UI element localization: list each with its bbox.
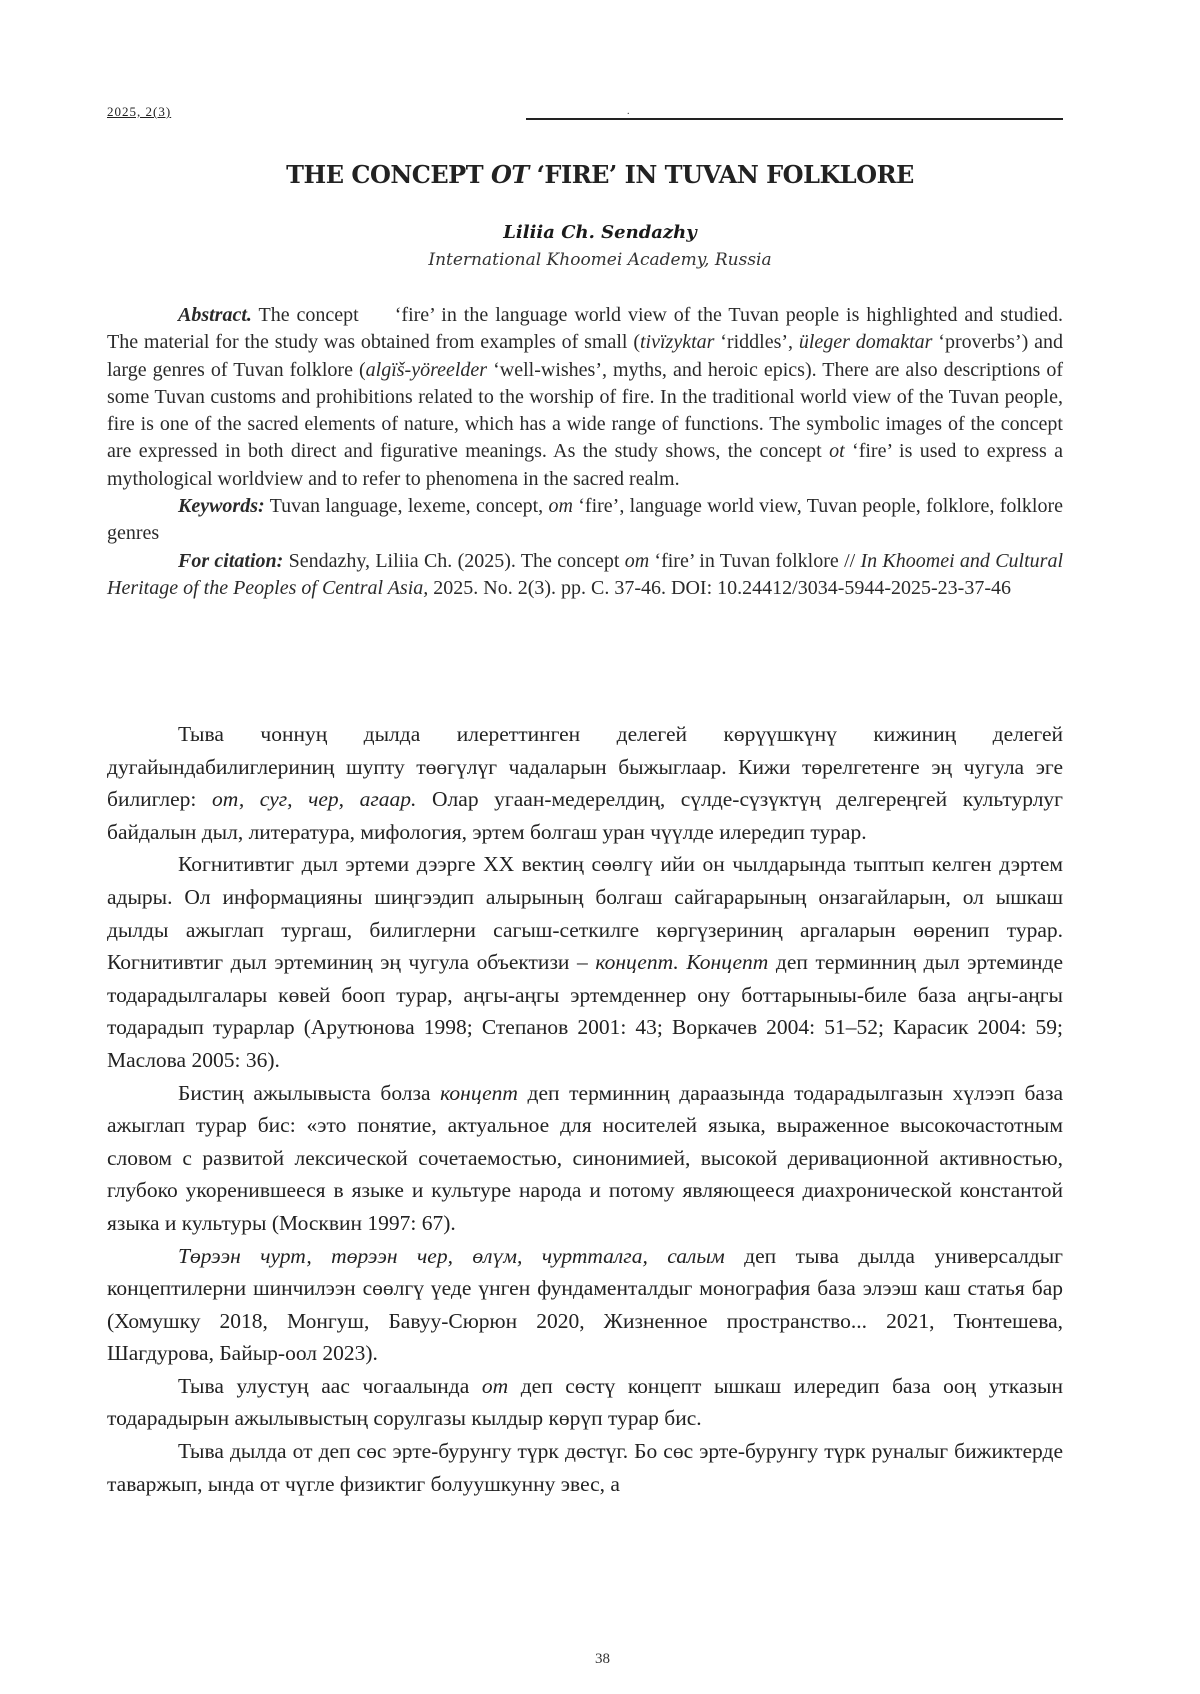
abstract-paragraph: Abstract. The concept‘fire’ in the langu… xyxy=(107,302,1063,493)
page-number: 38 xyxy=(595,1651,610,1668)
body-paragraph-6: Тыва дылда от деп сөс эрте-бурунгу түрк … xyxy=(107,1435,1063,1500)
abstract-term: algïš-yöreelder xyxy=(366,359,487,381)
body-term: от xyxy=(482,1374,508,1398)
author-name: Liliia Ch. Sendazhy xyxy=(100,222,1100,243)
body-paragraph-4: Төрээн чурт, төрээн чер, өлүм, чуртталга… xyxy=(107,1240,1063,1370)
title-part: ‘FIRE’ IN TUVAN FOLKLORE xyxy=(529,160,914,189)
citation-text: Sendazhy, Liliia Ch. (2025). The concept xyxy=(283,550,624,572)
abstract-term: tivïzyktar xyxy=(640,331,714,353)
citation-label: For citation: xyxy=(178,550,283,572)
abstract-term: üleger domaktar xyxy=(799,331,933,353)
abstract-text: The concept xyxy=(252,304,359,326)
title-part: THE CONCEPT xyxy=(286,160,491,189)
header-dot: . xyxy=(627,106,630,117)
abstract-section: Abstract. The concept‘fire’ in the langu… xyxy=(107,302,1063,602)
article-body: Тыва чоннуң дылда илереттинген делегей к… xyxy=(107,718,1063,1500)
citation-doi: 2025. No. 2(3). pp. C. 37-46. DOI: 10.24… xyxy=(428,577,1011,599)
body-text: Бистиң ажылывыста болза xyxy=(178,1081,440,1105)
body-paragraph-5: Тыва улустуң аас чогаалында от деп сөстү… xyxy=(107,1370,1063,1435)
body-paragraph-1: Тыва чоннуң дылда илереттинген делегей к… xyxy=(107,718,1063,848)
journal-page: 2025, 2(3) . THE CONCEPT OT ‘FIRE’ IN TU… xyxy=(0,0,1200,1694)
keywords-label: Keywords: xyxy=(178,495,265,517)
keywords-text: Tuvan language, lexeme, concept, xyxy=(265,495,549,517)
abstract-label: Abstract. xyxy=(178,304,252,326)
citation-paragraph: For citation: Sendazhy, Liliia Ch. (2025… xyxy=(107,548,1063,603)
citation-term: от xyxy=(625,550,649,572)
header-rule xyxy=(526,118,1063,120)
title-italic-term: OT xyxy=(491,160,529,189)
body-paragraph-2: Когнитивтиг дыл эртеми дээрге ХХ вектиң … xyxy=(107,848,1063,1076)
body-term: от, суг, чер, агаар. xyxy=(212,787,416,811)
abstract-term: ot xyxy=(829,440,845,462)
keywords-paragraph: Keywords: Tuvan language, lexeme, concep… xyxy=(107,493,1063,548)
body-text: Тыва улустуң аас чогаалында xyxy=(178,1374,482,1398)
body-term: концепт. Концепт xyxy=(595,950,768,974)
citation-text: ‘fire’ in Tuvan folklore // xyxy=(649,550,860,572)
running-head: 2025, 2(3) xyxy=(107,104,171,120)
body-term: Төрээн чурт, төрээн чер, өлүм, чуртталга… xyxy=(178,1244,725,1268)
body-paragraph-3: Бистиң ажылывыста болза концепт деп терм… xyxy=(107,1077,1063,1240)
author-affiliation: International Khoomei Academy, Russia xyxy=(100,250,1100,270)
article-title: THE CONCEPT OT ‘FIRE’ IN TUVAN FOLKLORE xyxy=(100,160,1100,189)
body-term: концепт xyxy=(440,1081,518,1105)
abstract-text: ‘riddles’, xyxy=(714,331,798,353)
keywords-term: от xyxy=(548,495,572,517)
